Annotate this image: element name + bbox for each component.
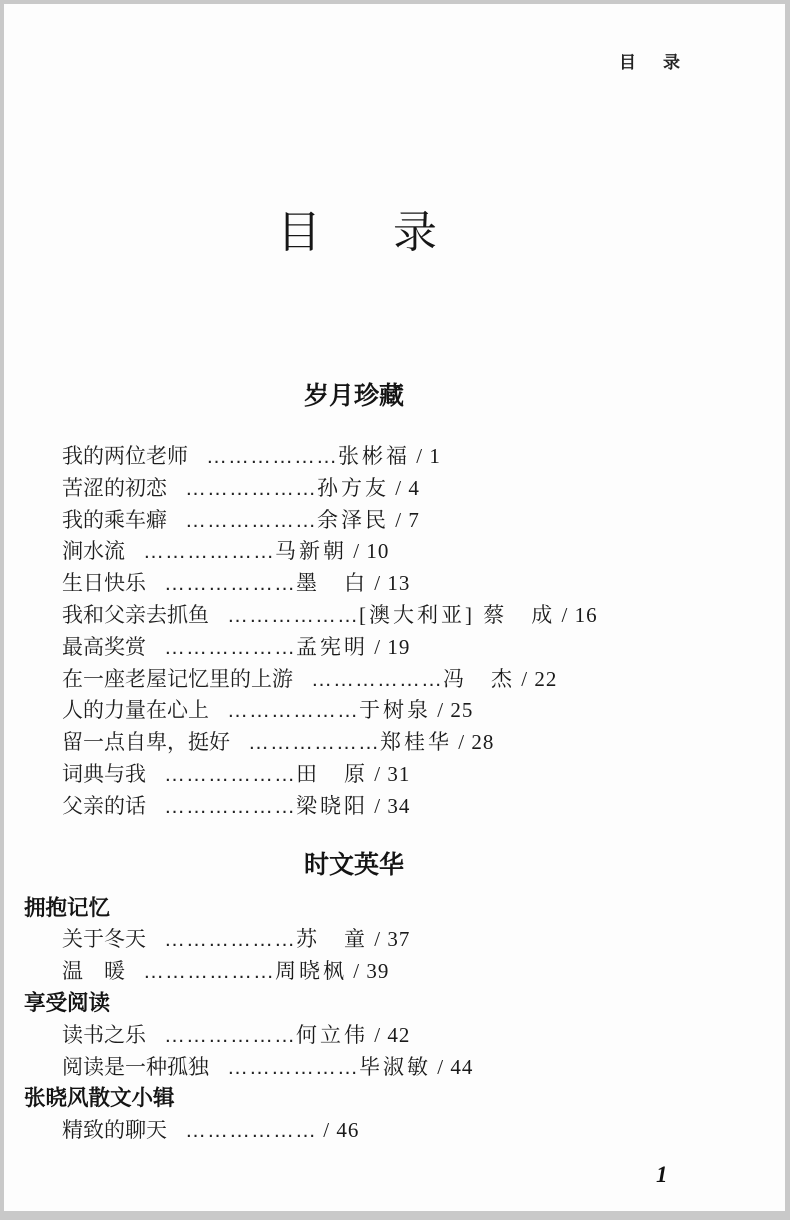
dot-leader: ……………… [164, 763, 296, 786]
entry-title: 我的乘车癖 [62, 509, 167, 532]
toc-entry: 阅读是一种孤独………………毕淑敏 / 44 [4, 1052, 704, 1084]
dot-leader: ……………… [185, 509, 317, 532]
entry-author: 梁晓阳 [296, 794, 368, 818]
entry-title: 最高奖赏 [62, 636, 146, 659]
entry-title: 在一座老屋记忆里的上游 [62, 668, 293, 691]
toc-entry: 人的力量在心上………………于树泉 / 25 [4, 695, 704, 727]
dot-leader: ……………… [227, 699, 359, 722]
entry-page: / 42 [368, 1023, 410, 1047]
entry-page: / 1 [410, 444, 441, 468]
entry-author: 毕淑敏 [359, 1055, 431, 1079]
dot-leader: ……………… [143, 540, 275, 563]
entry-page: / 31 [368, 762, 410, 786]
page-number: 1 [656, 1162, 668, 1188]
toc-entry: 苦涩的初恋………………孙方友 / 4 [4, 473, 704, 505]
entry-title: 精致的聊天 [62, 1119, 167, 1142]
section-heading: 岁月珍藏 [4, 380, 704, 412]
scanned-book-page: 目 录 目 录 岁月珍藏我的两位老师………………张彬福 / 1苦涩的初恋…………… [4, 4, 785, 1211]
toc-entry: 关于冬天………………苏 童 / 37 [4, 924, 704, 956]
toc-entry: 读书之乐………………何立伟 / 42 [4, 1020, 704, 1052]
entry-page: / 22 [515, 667, 557, 691]
entry-page: / 16 [555, 603, 597, 627]
toc-entry: 最高奖赏………………孟宪明 / 19 [4, 632, 704, 664]
toc-subsection-heading: 享受阅读 [4, 988, 704, 1020]
dot-leader: ……………… [164, 795, 296, 818]
toc-entry: 父亲的话………………梁晓阳 / 34 [4, 791, 704, 823]
page-title: 目 录 [4, 196, 724, 260]
toc-entry: 词典与我………………田 原 / 31 [4, 759, 704, 791]
dot-leader: ……………… [185, 1119, 317, 1142]
dot-leader: ……………… [164, 1024, 296, 1047]
dot-leader: ……………… [206, 445, 338, 468]
entry-title: 苦涩的初恋 [62, 477, 167, 500]
dot-leader: ……………… [311, 668, 443, 691]
dot-leader: ……………… [227, 1056, 359, 1079]
entry-title: 留一点自卑，挺好 [62, 731, 230, 754]
toc-subsection-heading: 拥抱记忆 [4, 893, 704, 925]
entry-author: 墨 白 [296, 571, 368, 595]
entry-author: 余泽民 [317, 508, 389, 532]
entry-title: 读书之乐 [62, 1024, 146, 1047]
entry-title: 生日快乐 [62, 572, 146, 595]
entry-author: 周晓枫 [275, 959, 347, 983]
entry-author: 冯 杰 [443, 667, 515, 691]
toc-subsection-heading: 张晓风散文小辑 [4, 1083, 704, 1115]
toc-entry: 在一座老屋记忆里的上游………………冯 杰 / 22 [4, 664, 704, 696]
table-of-contents: 岁月珍藏我的两位老师………………张彬福 / 1苦涩的初恋………………孙方友 / … [4, 380, 704, 1147]
entry-page: / 19 [368, 635, 410, 659]
entry-page: / 13 [368, 571, 410, 595]
entry-page: / 4 [389, 476, 420, 500]
entry-page: / 28 [452, 730, 494, 754]
entry-author: 于树泉 [359, 698, 431, 722]
running-header: 目 录 [619, 48, 685, 73]
entry-author: 田 原 [296, 762, 368, 786]
entry-page: / 25 [431, 698, 473, 722]
toc-entry: 我和父亲去抓鱼………………[澳大利亚] 蔡 成 / 16 [4, 600, 704, 632]
toc-entry: 我的乘车癖………………余泽民 / 7 [4, 505, 704, 537]
entry-author: 孟宪明 [296, 635, 368, 659]
entry-page: / 46 [317, 1118, 359, 1142]
dot-leader: ……………… [164, 572, 296, 595]
entry-title: 人的力量在心上 [62, 699, 209, 722]
toc-entry: 精致的聊天……………… / 46 [4, 1115, 704, 1147]
entry-author: [澳大利亚] 蔡 成 [359, 603, 555, 627]
entry-title: 我和父亲去抓鱼 [62, 604, 209, 627]
entry-title: 词典与我 [62, 763, 146, 786]
entry-title: 阅读是一种孤独 [62, 1056, 209, 1079]
entry-author: 马新朝 [275, 539, 347, 563]
entry-author: 郑桂华 [380, 730, 452, 754]
toc-entry: 生日快乐………………墨 白 / 13 [4, 568, 704, 600]
toc-entry: 留一点自卑，挺好………………郑桂华 / 28 [4, 727, 704, 759]
toc-entry: 温 暖………………周晓枫 / 39 [4, 956, 704, 988]
entry-page: / 37 [368, 927, 410, 951]
entry-author: 苏 童 [296, 927, 368, 951]
toc-entry: 涧水流………………马新朝 / 10 [4, 536, 704, 568]
entry-author: 孙方友 [317, 476, 389, 500]
entry-title: 温 暖 [62, 960, 125, 983]
toc-entry: 我的两位老师………………张彬福 / 1 [4, 441, 704, 473]
entry-title: 关于冬天 [62, 928, 146, 951]
dot-leader: ……………… [164, 636, 296, 659]
entry-page: / 7 [389, 508, 420, 532]
entry-page: / 34 [368, 794, 410, 818]
entry-page: / 39 [347, 959, 389, 983]
entry-author: 张彬福 [338, 444, 410, 468]
entry-title: 父亲的话 [62, 795, 146, 818]
entry-page: / 44 [431, 1055, 473, 1079]
dot-leader: ……………… [185, 477, 317, 500]
section-heading: 时文英华 [4, 849, 704, 881]
dot-leader: ……………… [143, 960, 275, 983]
entry-author: 何立伟 [296, 1023, 368, 1047]
entry-page: / 10 [347, 539, 389, 563]
dot-leader: ……………… [227, 604, 359, 627]
dot-leader: ……………… [248, 731, 380, 754]
dot-leader: ……………… [164, 928, 296, 951]
entry-title: 我的两位老师 [62, 445, 188, 468]
entry-title: 涧水流 [62, 540, 125, 563]
